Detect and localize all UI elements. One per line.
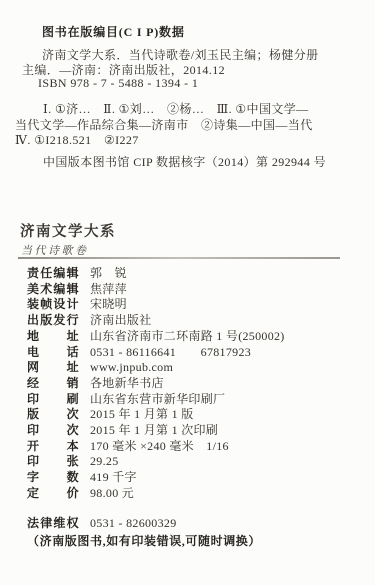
row-value: 各地新华书店 <box>90 376 164 390</box>
series-title: 济南文学大系 <box>20 220 116 241</box>
list-item: 字 数419 千字 <box>27 470 285 486</box>
row-value: 2015 年 1 月第 1 版 <box>90 407 194 421</box>
row-value: 焦萍萍 <box>90 282 127 296</box>
list-item: 电 话0531 - 86116641 67817923 <box>27 345 285 361</box>
list-item: 地 址山东省济南市二环南路 1 号(250002) <box>27 329 285 345</box>
row-label: 印 刷 <box>27 392 90 408</box>
legal-rights-phone: 0531 - 82600329 <box>90 516 177 530</box>
row-label: 字 数 <box>27 470 90 486</box>
row-label: 美术编辑 <box>27 282 90 298</box>
row-label: 定 价 <box>27 486 90 502</box>
list-item: 印 张29.25 <box>27 454 285 470</box>
row-label: 出版发行 <box>27 313 90 329</box>
row-value: 170 毫米 ×240 毫米 1/16 <box>90 439 229 453</box>
row-value: 419 千字 <box>90 470 137 484</box>
volume-title: 当代诗歌卷 <box>21 242 89 258</box>
row-label: 电 话 <box>27 345 90 361</box>
divider-rule <box>18 257 340 259</box>
row-value: 0531 - 86116641 67817923 <box>90 345 251 359</box>
list-item: 网 址www.jnpub.com <box>27 360 285 376</box>
list-item: 定 价98.00 元 <box>27 486 285 502</box>
list-item: 版 次2015 年 1 月第 1 版 <box>27 407 285 423</box>
list-item: 开 本170 毫米 ×240 毫米 1/16 <box>27 439 285 455</box>
cip-isbn-line: ISBN 978 - 7 - 5488 - 1394 - 1 <box>38 76 198 91</box>
copyright-page: 图书在版编目(C I P)数据 济南文学大系．当代诗歌卷/刘玉民主编；杨健分册 … <box>0 0 375 585</box>
row-label: 印 张 <box>27 454 90 470</box>
publication-details-list: 责任编辑郭 锐 美术编辑焦萍萍 装帧设计宋晓明 出版发行济南出版社 地 址山东省… <box>27 266 285 502</box>
row-value: 2015 年 1 月第 1 次印刷 <box>90 423 218 437</box>
list-item: 责任编辑郭 锐 <box>27 266 285 282</box>
row-label: 印 次 <box>27 423 90 439</box>
list-item: 出版发行济南出版社 <box>27 313 285 329</box>
list-item: 装帧设计宋晓明 <box>27 297 285 313</box>
row-value: 29.25 <box>90 454 119 468</box>
cip-classification-line-1: Ⅰ. ①济… Ⅱ. ①刘… ②杨… Ⅲ. ①中国文学— <box>43 100 309 117</box>
legal-rights-line: 法律维权0531 - 82600329 <box>27 514 177 531</box>
row-label: 地 址 <box>27 329 90 345</box>
row-value: 山东省东营市新华印刷厂 <box>90 392 225 406</box>
legal-rights-label: 法律维权 <box>27 514 90 531</box>
row-label: 开 本 <box>27 439 90 455</box>
cip-header: 图书在版编目(C I P)数据 <box>42 23 185 40</box>
row-value: 山东省济南市二环南路 1 号(250002) <box>90 329 285 343</box>
exchange-policy-note: （济南版图书,如有印装错误,可随时调换） <box>27 532 261 549</box>
row-value: 济南出版社 <box>90 313 152 327</box>
list-item: 美术编辑焦萍萍 <box>27 282 285 298</box>
list-item: 印 刷山东省东营市新华印刷厂 <box>27 392 285 408</box>
row-label: 版 次 <box>27 407 90 423</box>
row-value: 郭 锐 <box>90 266 127 280</box>
row-value: 宋晓明 <box>90 297 127 311</box>
list-item: 经 销各地新华书店 <box>27 376 285 392</box>
cip-record-number-line: 中国版本图书馆 CIP 数据核字（2014）第 292944 号 <box>43 153 326 170</box>
cip-classification-line-3: Ⅳ. ①I218.521 ②I227 <box>15 131 139 148</box>
list-item: 印 次2015 年 1 月第 1 次印刷 <box>27 423 285 439</box>
row-label: 装帧设计 <box>27 297 90 313</box>
row-label: 经 销 <box>27 376 90 392</box>
row-label: 责任编辑 <box>27 266 90 282</box>
row-label: 网 址 <box>27 360 90 376</box>
row-value: www.jnpub.com <box>90 360 173 374</box>
row-value: 98.00 元 <box>90 486 134 500</box>
